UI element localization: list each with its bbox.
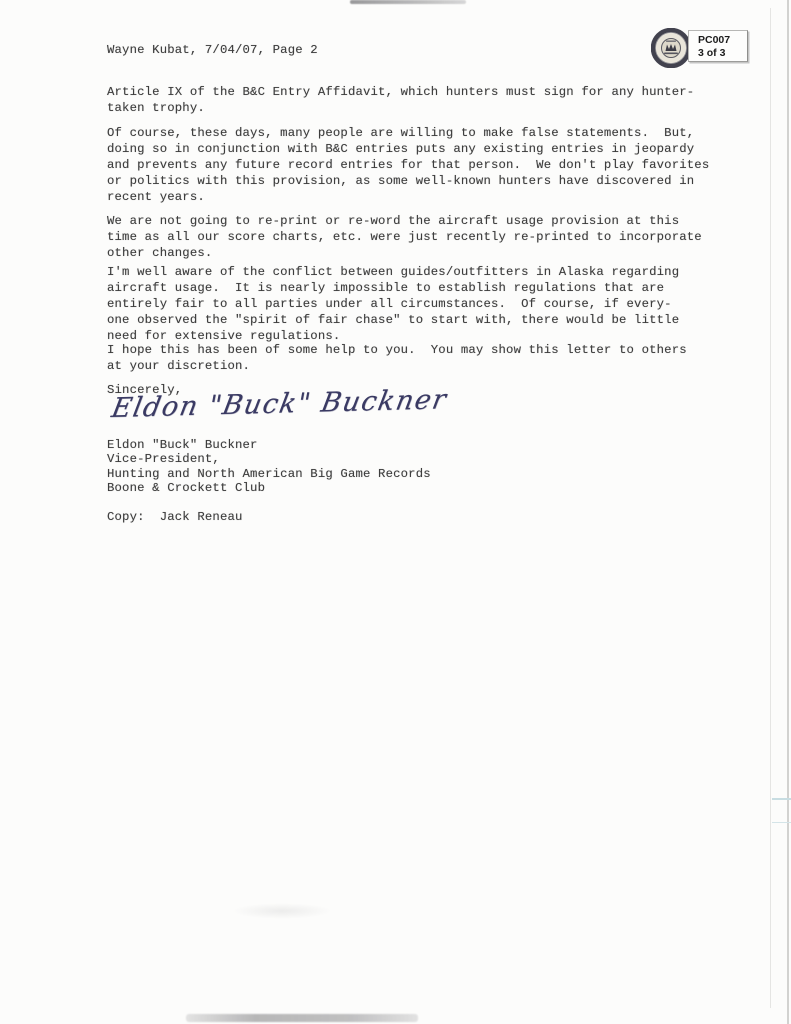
scan-artifact-right-edge-line	[787, 0, 789, 1024]
copy-line: Copy: Jack Reneau	[107, 509, 243, 525]
scan-artifact-bottom-bar	[186, 1014, 418, 1022]
letter-page: Wayne Kubat, 7/04/07, Page 2 PC007 3 of …	[0, 0, 791, 1024]
paragraph-guides-outfitters: I'm well aware of the conflict between g…	[107, 264, 679, 344]
paragraph-hope-help: I hope this has been of some help to you…	[107, 342, 687, 374]
stamp-page-indicator: 3 of 3	[698, 47, 747, 60]
scan-artifact-blue-tick	[772, 798, 791, 800]
document-stamp: PC007 3 of 3	[688, 30, 748, 62]
typed-signature-block: Eldon "Buck" Buckner Vice-President, Hun…	[107, 438, 431, 495]
club-seal-icon	[651, 28, 691, 68]
scan-artifact-inner-edge-line	[770, 8, 771, 1008]
scan-artifact-smudge	[232, 903, 332, 919]
scan-artifact-top-bar	[350, 0, 466, 4]
paragraph-reprint: We are not going to re-print or re-word …	[107, 213, 702, 261]
scan-artifact-blue-tick	[772, 822, 791, 823]
paragraph-article-ix: Article IX of the B&C Entry Affidavit, w…	[107, 84, 694, 116]
header-line: Wayne Kubat, 7/04/07, Page 2	[107, 42, 318, 58]
paragraph-false-statements: Of course, these days, many people are w…	[107, 125, 709, 205]
stamp-code: PC007	[698, 34, 747, 47]
